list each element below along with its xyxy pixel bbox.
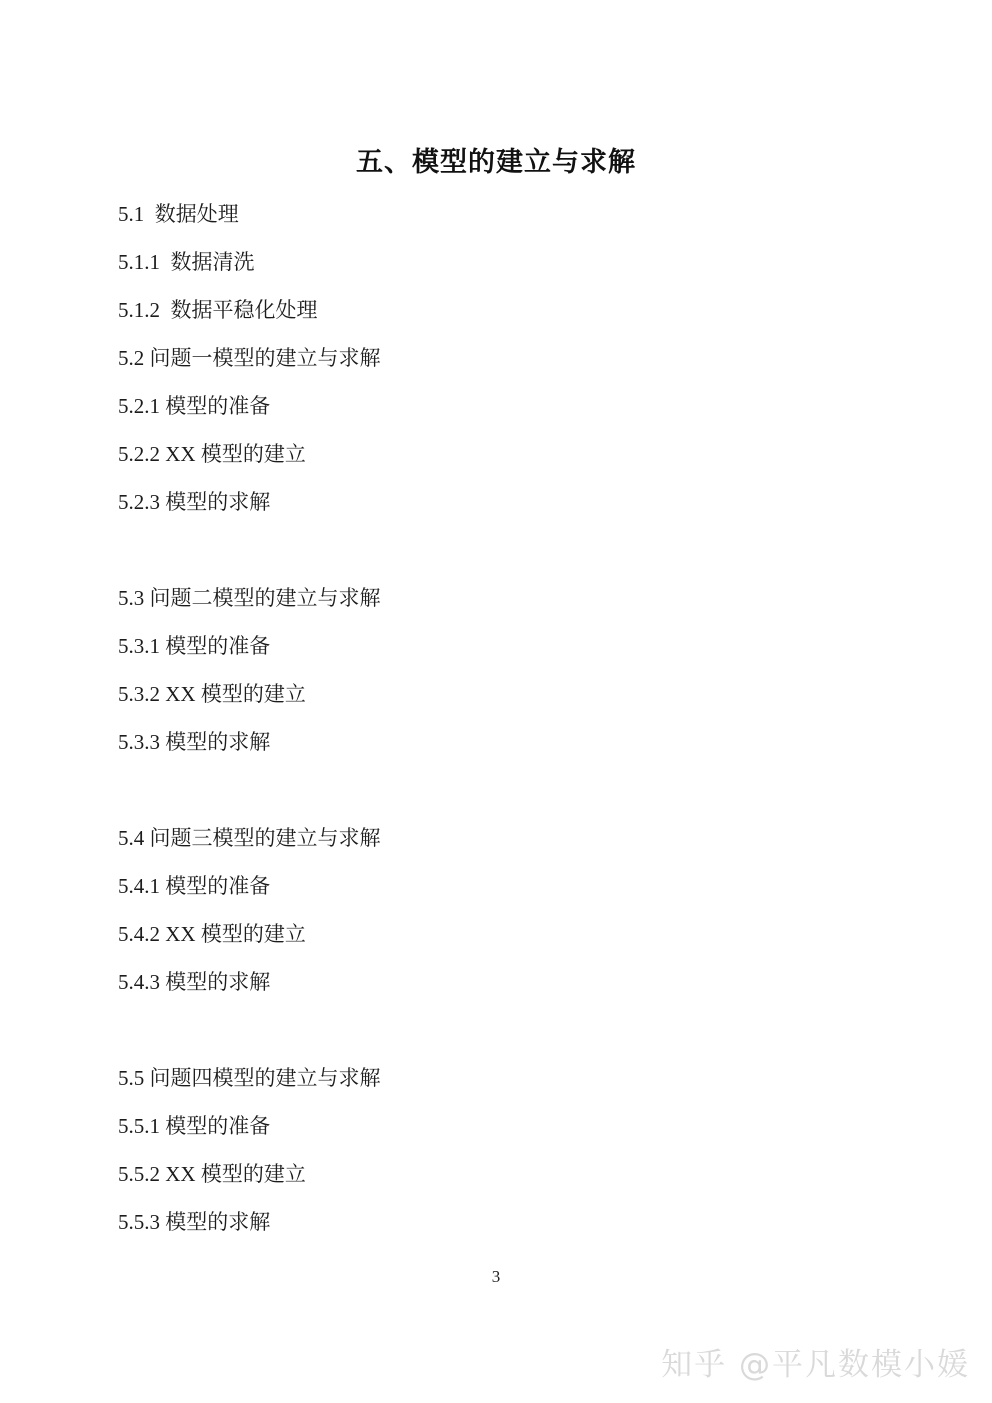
page-number: 3: [0, 1267, 992, 1287]
zhihu-watermark: 知乎 @平凡数模小媛: [661, 1339, 970, 1384]
outline-item-5-2-2: 5.2.2 XX 模型的建立: [118, 441, 932, 489]
outline-item-5-5-2: 5.5.2 XX 模型的建立: [118, 1161, 932, 1209]
page-title: 五、模型的建立与求解: [0, 140, 992, 179]
outline-item-5-4-1: 5.4.1 模型的准备: [118, 873, 932, 921]
outline-item-5-1-1: 5.1.1 数据清洗: [118, 249, 932, 297]
outline-item-5-3: 5.3 问题二模型的建立与求解: [118, 585, 932, 633]
outline-item-5-3-2: 5.3.2 XX 模型的建立: [118, 681, 932, 729]
outline-item-5-1: 5.1 数据处理: [118, 201, 932, 249]
outline-item-5-3-1: 5.3.1 模型的准备: [118, 633, 932, 681]
outline-item-5-5-3: 5.5.3 模型的求解: [118, 1209, 932, 1257]
outline-item-5-1-2: 5.1.2 数据平稳化处理: [118, 297, 932, 345]
outline-item-5-4-3: 5.4.3 模型的求解: [118, 969, 932, 1017]
outline-item-5-2-1: 5.2.1 模型的准备: [118, 393, 932, 441]
document-page: 五、模型的建立与求解 5.1 数据处理 5.1.1 数据清洗 5.1.2 数据平…: [0, 0, 992, 1403]
outline-item-5-2-3: 5.2.3 模型的求解: [118, 489, 932, 537]
outline-item-5-5-1: 5.5.1 模型的准备: [118, 1113, 932, 1161]
outline-item-5-3-3: 5.3.3 模型的求解: [118, 729, 932, 777]
outline-list: 5.1 数据处理 5.1.1 数据清洗 5.1.2 数据平稳化处理 5.2 问题…: [118, 201, 932, 1257]
outline-item-5-2: 5.2 问题一模型的建立与求解: [118, 345, 932, 393]
outline-item-5-4-2: 5.4.2 XX 模型的建立: [118, 921, 932, 969]
outline-item-5-4: 5.4 问题三模型的建立与求解: [118, 825, 932, 873]
outline-item-5-5: 5.5 问题四模型的建立与求解: [118, 1065, 932, 1113]
